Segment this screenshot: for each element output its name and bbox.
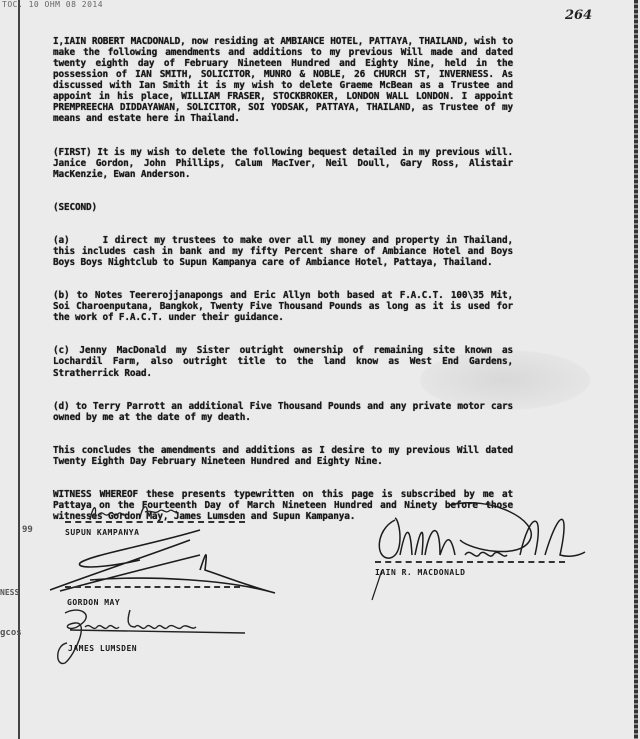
signature-james-lumsden — [55, 605, 255, 670]
paragraph-second-a: (a) I direct my trustees to make over al… — [53, 235, 513, 268]
signature-gordon-may — [30, 525, 280, 595]
scanned-will-page: TOC. 10 OHM 08 2014 264 I,IAIN ROBERT MA… — [0, 0, 640, 739]
signature-iain-macdonald — [370, 500, 590, 575]
printed-name-iain-macdonald: IAIN R. MACDONALD — [375, 568, 465, 577]
right-page-edge — [634, 0, 638, 739]
signature-line-witness-1 — [65, 521, 245, 523]
will-amendment-text: I,IAIN ROBERT MACDONALD, now residing at… — [53, 14, 513, 544]
paragraph-second-d: (d) to Terry Parrott an additional Five … — [53, 401, 513, 423]
signature-line-witness-2 — [65, 586, 240, 588]
paragraph-second-b: (b) to Notes Teererojjanapongs and Eric … — [53, 290, 513, 323]
paragraph-intro: I,IAIN ROBERT MACDONALD, now residing at… — [53, 36, 513, 124]
paragraph-second-c: (c) Jenny MacDonald my Sister outright o… — [53, 345, 513, 378]
header-stamp: TOC. 10 OHM 08 2014 — [2, 0, 103, 9]
margin-note-2: NESS — [0, 588, 19, 597]
paragraph-second-heading: (SECOND) — [53, 202, 513, 213]
printed-name-james-lumsden: JAMES LUMSDEN — [68, 644, 137, 653]
margin-note-3: gcos — [0, 628, 22, 638]
paragraph-conclusion: This concludes the amendments and additi… — [53, 445, 513, 467]
page-number: 264 — [565, 8, 592, 23]
signature-line-testator — [375, 561, 565, 563]
paragraph-first: (FIRST) It is my wish to delete the foll… — [53, 147, 513, 180]
